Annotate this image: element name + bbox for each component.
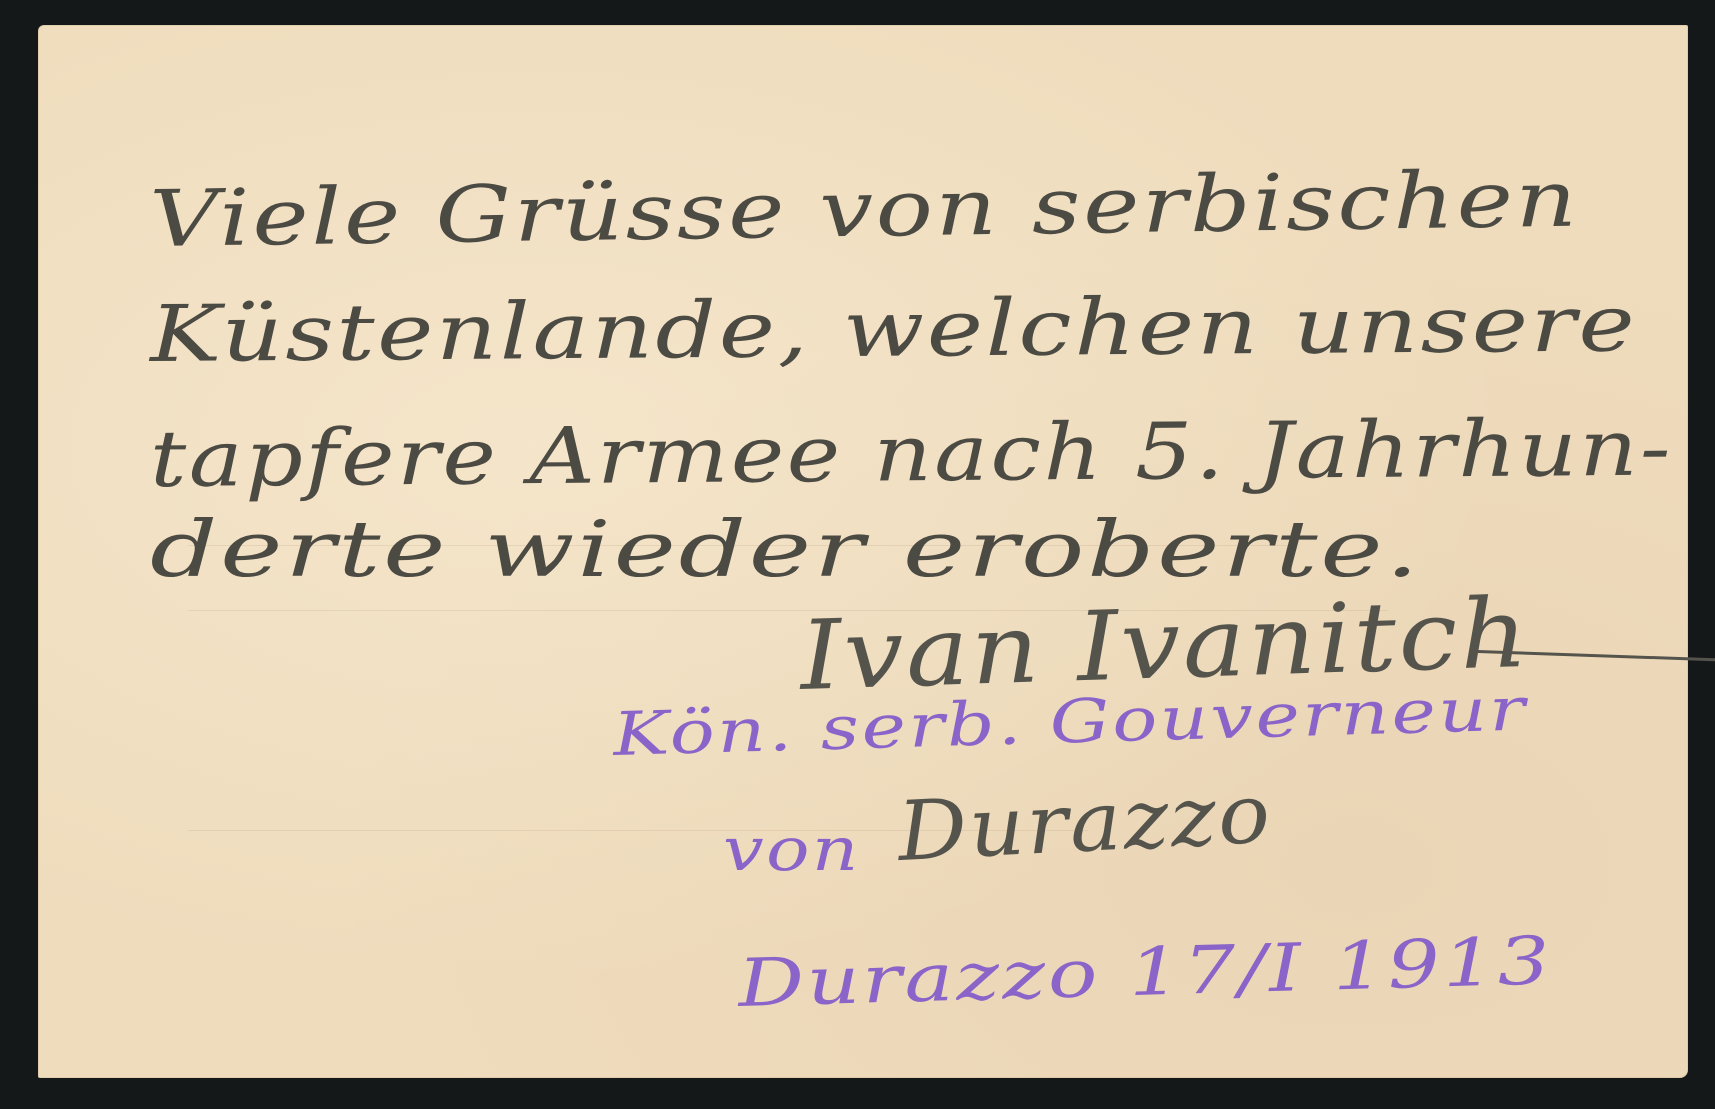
message-line-2: Küstenlande, welchen unsere — [150, 279, 1638, 380]
annotation-von: von — [723, 815, 861, 885]
message-line-4: derte wieder eroberte. — [150, 505, 1421, 595]
place-date: Durazzo 17/I 1913 — [736, 922, 1554, 1022]
governor-title: Kön. serb. Gouverneur — [611, 674, 1528, 770]
signature-place: Durazzo — [895, 766, 1274, 880]
postcard: Viele Grüsse von serbischen Küstenlande,… — [38, 25, 1688, 1078]
message-line-3: tapfere Armee nach 5. Jahrhun- — [150, 404, 1674, 505]
message-line-1: Viele Grüsse von serbischen — [149, 155, 1580, 265]
